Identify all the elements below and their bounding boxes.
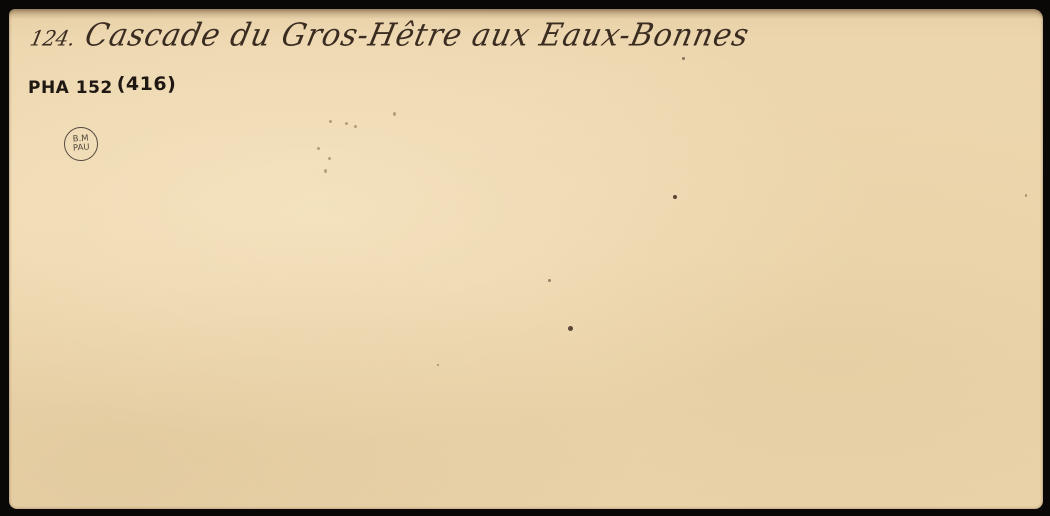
stamp-line-2: PAU	[73, 143, 90, 153]
foxing-speck	[317, 147, 320, 150]
foxing-speck	[345, 122, 348, 125]
call-number-item: (416)	[117, 73, 177, 95]
handwritten-caption: 124.Cascade du Gros-Hêtre aux Eaux-Bonne…	[27, 17, 753, 54]
foxing-speck	[354, 125, 357, 128]
ink-spot	[1025, 194, 1027, 197]
ink-spot	[568, 326, 573, 331]
call-number: PHA 152(416)	[28, 76, 176, 98]
ink-spot	[673, 195, 677, 199]
ink-spot	[682, 57, 685, 60]
foxing-speck	[328, 157, 331, 160]
scanned-card-image: 124.Cascade du Gros-Hêtre aux Eaux-Bonne…	[0, 0, 1050, 516]
ink-spot	[548, 279, 551, 282]
card-back: 124.Cascade du Gros-Hêtre aux Eaux-Bonne…	[9, 9, 1043, 509]
call-number-prefix: PHA 152	[28, 78, 113, 98]
foxing-speck	[324, 169, 327, 173]
foxing-speck	[329, 120, 332, 123]
caption-title: Cascade du Gros-Hêtre aux Eaux-Bonnes	[82, 17, 753, 54]
library-stamp: B.M PAU	[63, 126, 99, 162]
foxing-speck	[393, 112, 396, 116]
caption-number: 124.	[28, 25, 78, 50]
ink-spot	[437, 364, 439, 366]
